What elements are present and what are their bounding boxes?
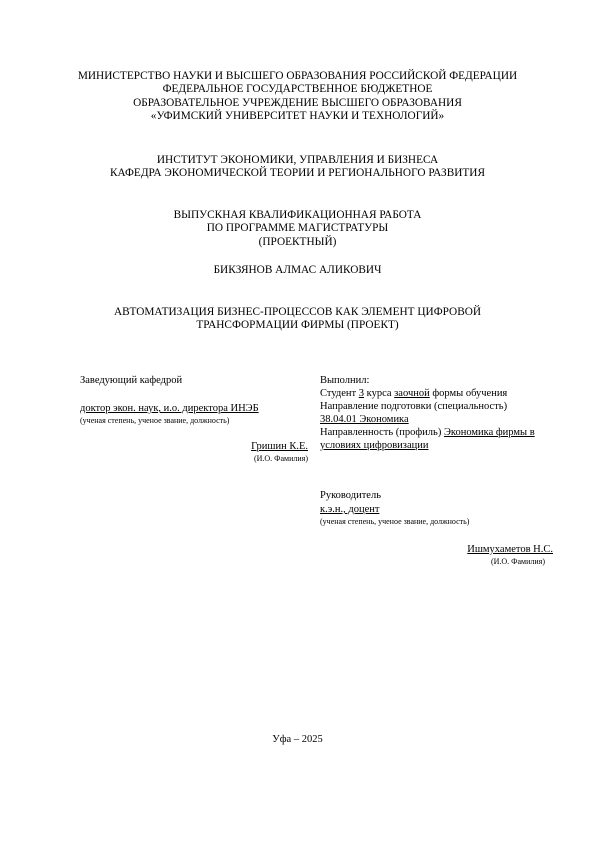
supervisor-position: к.э.н., доцент <box>320 503 379 516</box>
city-year: Уфа – 2025 <box>0 733 595 746</box>
study-form-suffix: формы обучения <box>430 388 508 399</box>
study-form-value: заочной <box>394 388 430 399</box>
direction-label: Направление подготовки (специальность) <box>320 400 535 413</box>
work-type-line: ВЫПУСКНАЯ КВАЛИФИКАЦИОННАЯ РАБОТА <box>0 209 595 222</box>
ministry-line: ОБРАЗОВАТЕЛЬНОЕ УЧРЕЖДЕНИЕ ВЫСШЕГО ОБРАЗ… <box>0 97 595 110</box>
work-title-block: АВТОМАТИЗАЦИЯ БИЗНЕС-ПРОЦЕССОВ КАК ЭЛЕМЕ… <box>0 306 595 333</box>
profile-line: Направленность (профиль) Экономика фирмы… <box>320 426 535 439</box>
ministry-line: МИНИСТЕРСТВО НАУКИ И ВЫСШЕГО ОБРАЗОВАНИЯ… <box>0 70 595 83</box>
profile-value-cont: условиях цифровизации <box>320 439 535 452</box>
performer-label: Выполнил: <box>320 374 535 387</box>
course-suffix: курса <box>364 388 394 399</box>
work-type-block: ВЫПУСКНАЯ КВАЛИФИКАЦИОННАЯ РАБОТА ПО ПРО… <box>0 209 595 249</box>
supervisor-label: Руководитель <box>320 489 381 502</box>
title-page: МИНИСТЕРСТВО НАУКИ И ВЫСШЕГО ОБРАЗОВАНИЯ… <box>0 0 595 841</box>
profile-value: Экономика фирмы в <box>444 427 535 438</box>
supervisor-name: Ишмухаметов Н.С. <box>467 543 553 556</box>
institute-name: ИНСТИТУТ ЭКОНОМИКИ, УПРАВЛЕНИЯ И БИЗНЕСА <box>0 154 595 167</box>
profile-label: Направленность (профиль) <box>320 427 444 438</box>
work-title-line: ТРАНСФОРМАЦИИ ФИРМЫ (ПРОЕКТ) <box>0 319 595 332</box>
ministry-line: ФЕДЕРАЛЬНОЕ ГОСУДАРСТВЕННОЕ БЮДЖЕТНОЕ <box>0 83 595 96</box>
university-name: «УФИМСКИЙ УНИВЕРСИТЕТ НАУКИ И ТЕХНОЛОГИЙ… <box>0 110 595 123</box>
supervisor-position-caption: (ученая степень, ученое звание, должност… <box>320 517 469 527</box>
institute-block: ИНСТИТУТ ЭКОНОМИКИ, УПРАВЛЕНИЯ И БИЗНЕСА… <box>0 154 595 181</box>
head-label: Заведующий кафедрой <box>80 374 182 387</box>
student-line: Студент 3 курса заочной формы обучения <box>320 387 535 400</box>
head-position-caption: (ученая степень, ученое звание, должност… <box>80 416 229 426</box>
work-type-line: ПО ПРОГРАММЕ МАГИСТРАТУРЫ <box>0 222 595 235</box>
author-block: БИКЗЯНОВ АЛМАС АЛИКОВИЧ <box>0 264 595 277</box>
head-position: доктор экон. наук, и.о. директора ИНЭБ <box>80 402 259 415</box>
supervisor-name-caption: (И.О. Фамилия) <box>491 557 545 567</box>
direction-value: 38.04.01 Экономика <box>320 413 535 426</box>
footer-block: Уфа – 2025 <box>0 733 595 746</box>
work-title-line: АВТОМАТИЗАЦИЯ БИЗНЕС-ПРОЦЕССОВ КАК ЭЛЕМЕ… <box>0 306 595 319</box>
department-name: КАФЕДРА ЭКОНОМИЧЕСКОЙ ТЕОРИИ И РЕГИОНАЛЬ… <box>0 167 595 180</box>
head-name: Гришин К.Е. <box>251 440 308 453</box>
performer-block: Выполнил: Студент 3 курса заочной формы … <box>320 374 535 452</box>
head-name-caption: (И.О. Фамилия) <box>254 454 308 464</box>
author-name: БИКЗЯНОВ АЛМАС АЛИКОВИЧ <box>0 264 595 277</box>
student-prefix: Студент <box>320 388 359 399</box>
ministry-block: МИНИСТЕРСТВО НАУКИ И ВЫСШЕГО ОБРАЗОВАНИЯ… <box>0 70 595 124</box>
work-type-line: (ПРОЕКТНЫЙ) <box>0 236 595 249</box>
